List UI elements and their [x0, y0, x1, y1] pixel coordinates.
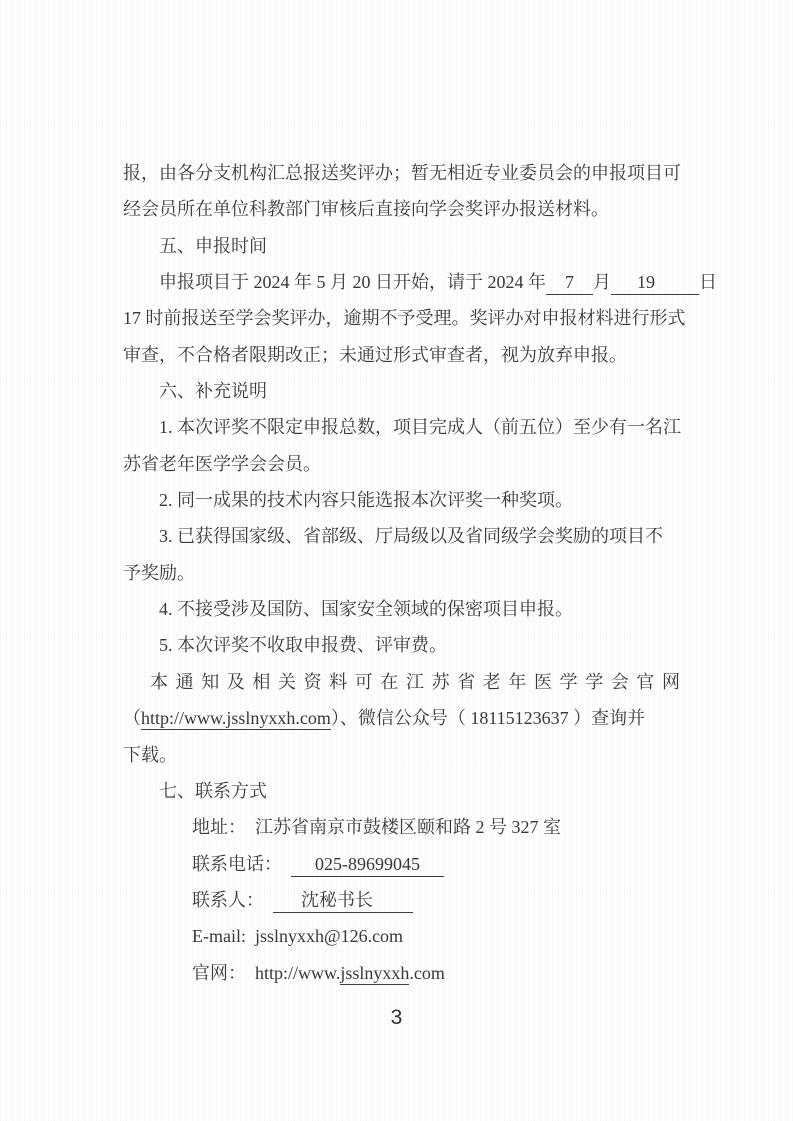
website-url-prefix: http://www. — [255, 963, 340, 983]
item-3-line-2: 予奖励。 — [123, 555, 723, 591]
section-5-line-2: 17 时前报送至学会奖评办，逾期不予受理。奖评办对申报材料进行形式 — [123, 300, 723, 336]
prev-paragraph-line-2: 经会员所在单位科教部门审核后直接向学会奖评办报送材料。 — [123, 191, 723, 227]
item-5-line: 5. 本次评奖不收取申报费、评审费。 — [123, 627, 723, 663]
closing-line-3: 下载。 — [123, 737, 723, 773]
contact-address-line: 地址：江苏省南京市鼓楼区颐和路 2 号 327 室 — [123, 809, 723, 845]
email-value: jsslnyxxh@126.com — [255, 926, 403, 946]
deadline-month-label: 月 — [593, 272, 611, 292]
closing-rest: ）、微信公众号（ 18115123637 ）查询并 — [331, 708, 645, 728]
deadline-day-label: 日 — [699, 272, 717, 292]
section-5-heading: 五、申报时间 — [123, 228, 723, 264]
society-website-url: http://www.jsslnyxxh.com — [141, 708, 331, 730]
section-6-heading: 六、补充说明 — [123, 373, 723, 409]
contact-person-value: 沈秘书长 — [273, 890, 413, 913]
contact-phone-line: 联系电话：025-89699045 — [123, 846, 723, 882]
item-1-line-1: 1. 本次评奖不限定申报总数，项目完成人（前五位）至少有一名江 — [123, 409, 723, 445]
page-number: 3 — [0, 1006, 793, 1030]
address-label: 地址： — [192, 817, 246, 837]
section-7-heading: 七、联系方式 — [123, 773, 723, 809]
deadline-month-blank: 7 — [546, 272, 593, 295]
item-1-line-2: 苏省老年医学学会会员。 — [123, 446, 723, 482]
section-5-line-3: 审查，不合格者限期改正；未通过形式审查者，视为放弃申报。 — [123, 337, 723, 373]
website-label: 官网： — [192, 963, 246, 983]
phone-label: 联系电话： — [192, 854, 282, 874]
contact-person-label: 联系人： — [192, 890, 264, 910]
item-4-line: 4. 不接受涉及国防、国家安全领域的保密项目申报。 — [123, 591, 723, 627]
closing-line-1: 本通知及相关资料可在江苏省老年医学学会官网 — [123, 664, 723, 700]
phone-value: 025-89699045 — [291, 854, 444, 877]
website-url-underlined: jsslnyxxh — [340, 963, 409, 985]
item-2-line: 2. 同一成果的技术内容只能选报本次评奖一种奖项。 — [123, 482, 723, 518]
scanned-document-page: 报，由各分支机构汇总报送奖评办；暂无相近专业委员会的申报项目可 经会员所在单位科… — [0, 0, 793, 1121]
email-label: E-mail: — [192, 926, 246, 946]
prev-paragraph-line-1: 报，由各分支机构汇总报送奖评办；暂无相近专业委员会的申报项目可 — [123, 155, 723, 191]
address-value: 江苏省南京市鼓楼区颐和路 2 号 327 室 — [255, 817, 561, 837]
website-url-suffix: .com — [409, 963, 445, 983]
item-3-line-1: 3. 已获得国家级、省部级、厅局级以及省同级学会奖励的项目不 — [123, 518, 723, 554]
closing-line-2: （http://www.jsslnyxxh.com）、微信公众号（ 181151… — [123, 700, 723, 736]
deadline-line: 申报项目于 2024 年 5 月 20 日开始，请于 2024 年7月19日 — [123, 264, 723, 300]
document-body: 报，由各分支机构汇总报送奖评办；暂无相近专业委员会的申报项目可 经会员所在单位科… — [123, 155, 723, 991]
contact-person-line: 联系人：沈秘书长 — [123, 882, 723, 918]
contact-website-line: 官网：http://www.jsslnyxxh.com — [123, 955, 723, 991]
deadline-prefix: 申报项目于 2024 年 5 月 20 日开始，请于 2024 年 — [159, 272, 546, 292]
closing-open-paren: （ — [123, 708, 141, 728]
deadline-day-blank: 19 — [611, 272, 699, 295]
contact-email-line: E-mail:jsslnyxxh@126.com — [123, 918, 723, 954]
